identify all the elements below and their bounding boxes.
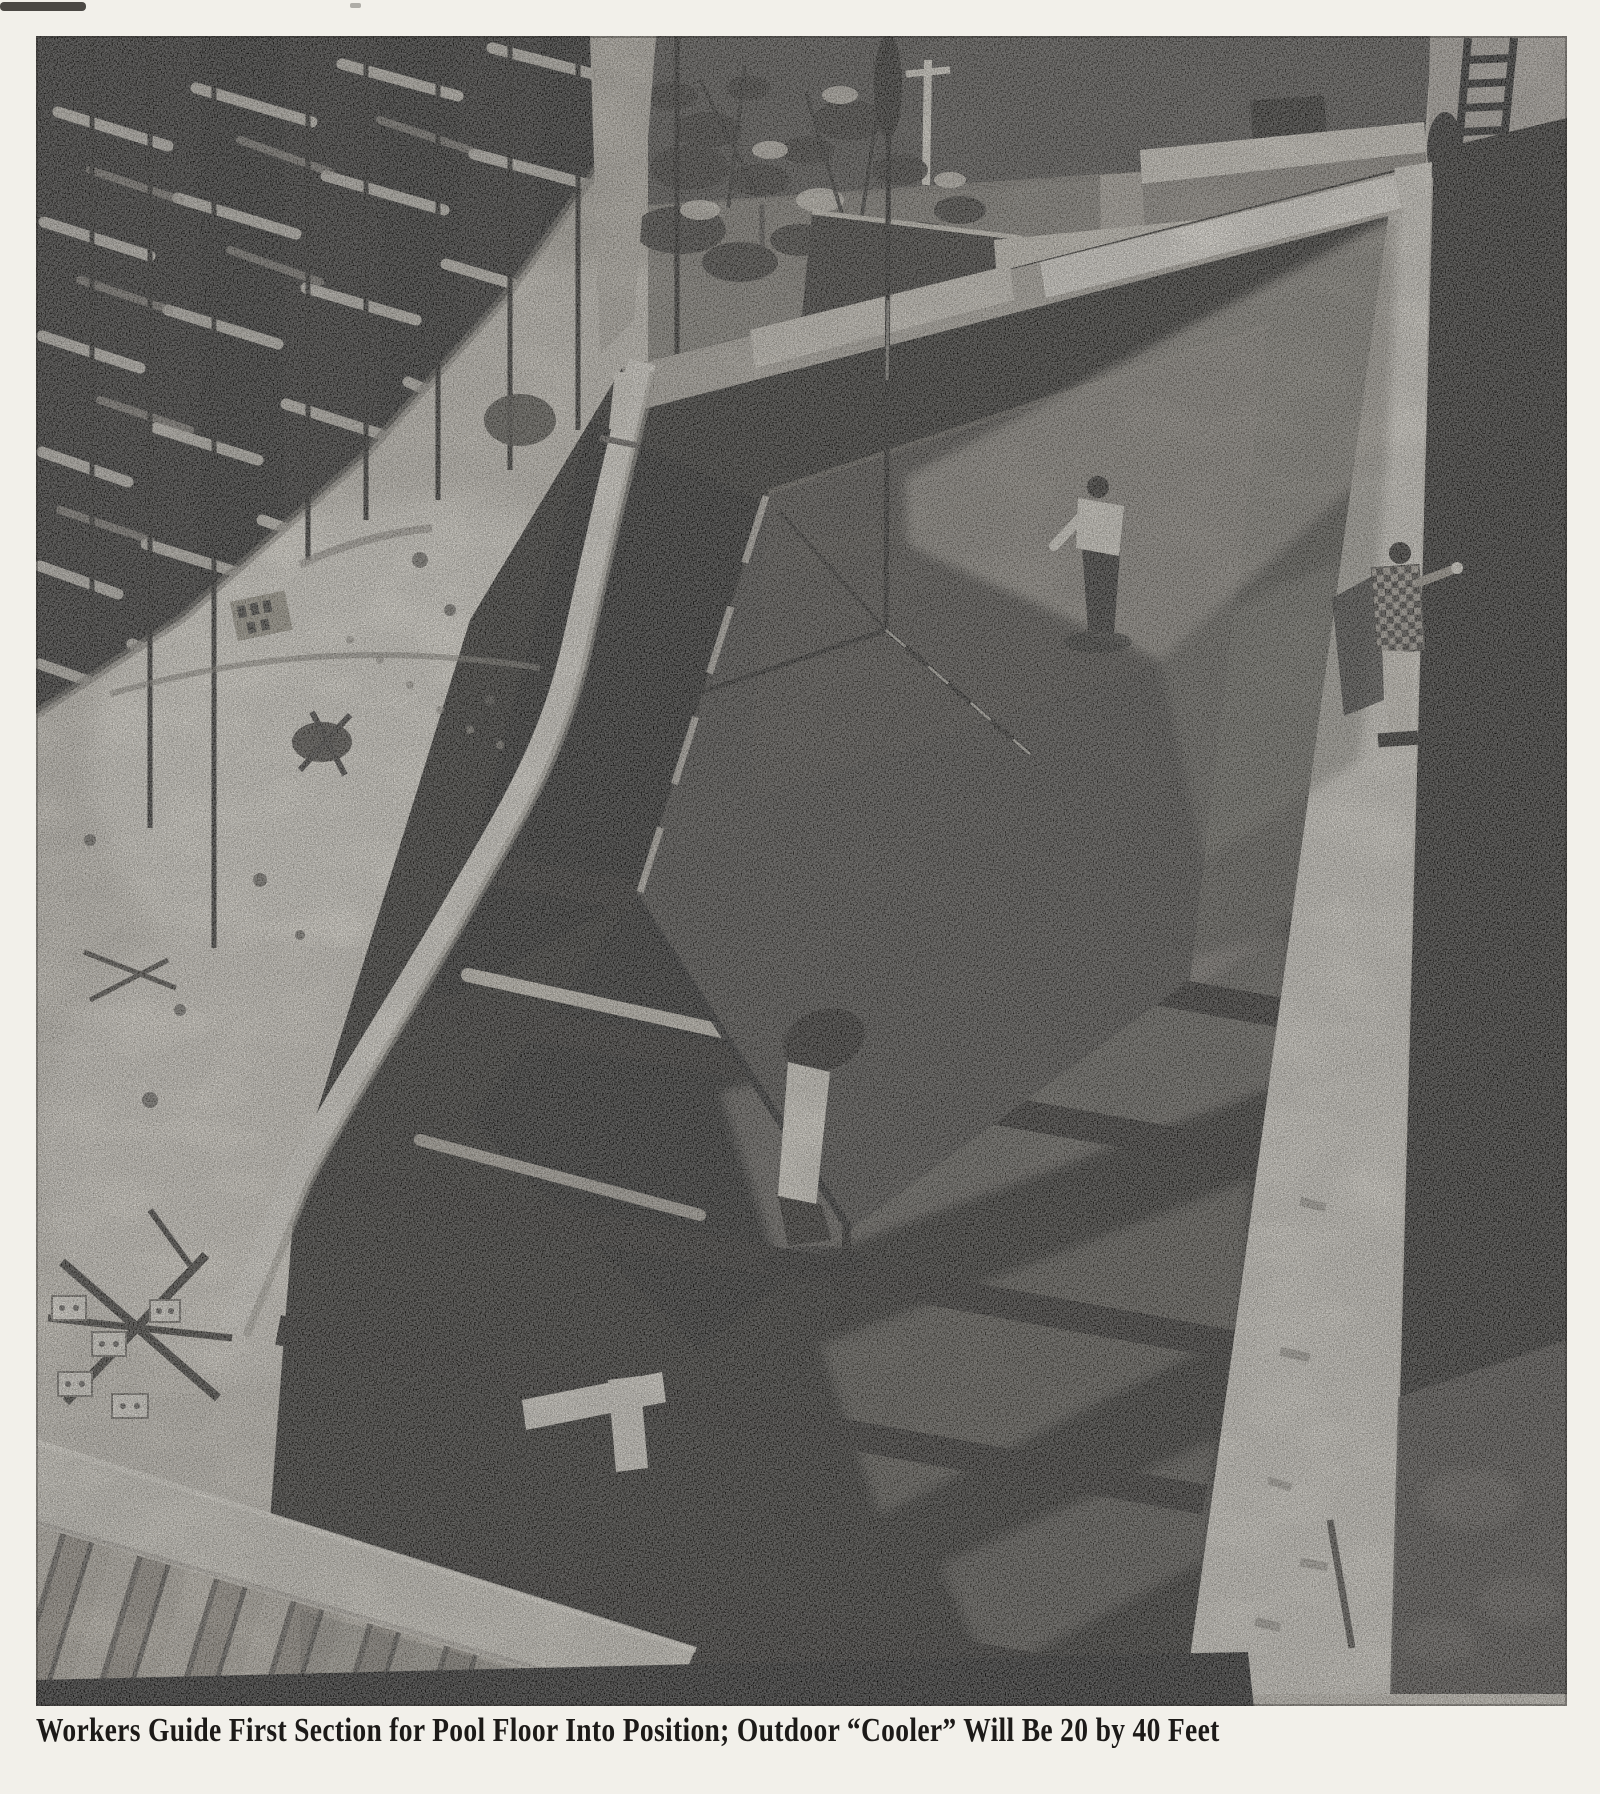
photo-caption: Workers Guide First Section for Pool Flo…	[36, 1712, 1220, 1750]
construction-photo	[0, 0, 1600, 1794]
margin-smudges	[0, 2, 361, 11]
newspaper-clipping: Workers Guide First Section for Pool Flo…	[0, 0, 1600, 1794]
film-grain	[36, 36, 1567, 1706]
